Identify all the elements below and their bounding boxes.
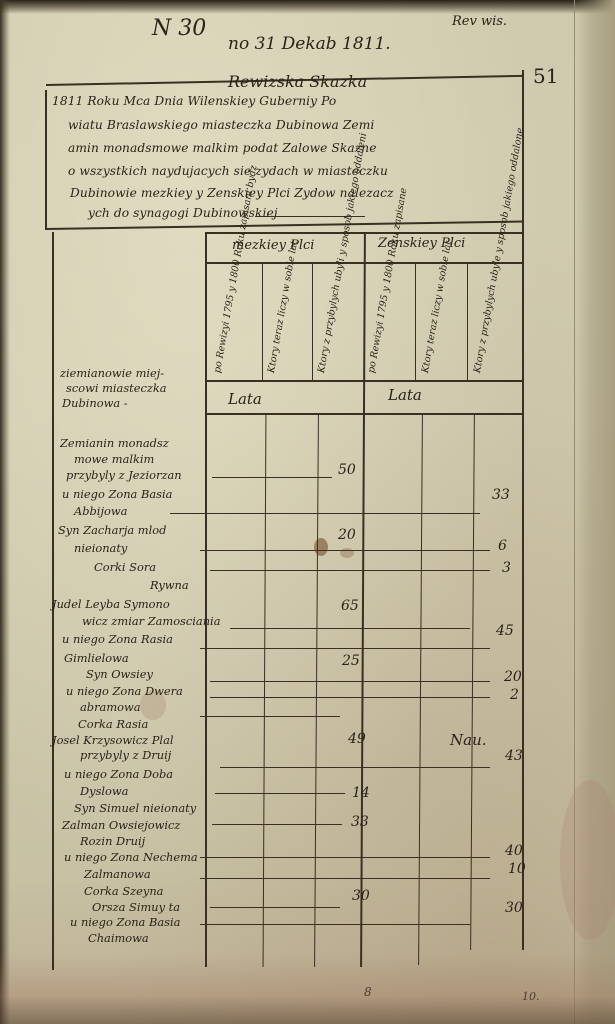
leader-dash — [210, 681, 490, 682]
entry-name: abramowa — [80, 700, 141, 714]
entry-name: wicz zmiar Zamosciania — [82, 614, 221, 628]
col-line — [418, 415, 423, 965]
leader-dash — [210, 907, 340, 908]
leader-dash — [212, 824, 342, 825]
leader-dash — [215, 793, 345, 794]
leader-dash — [170, 513, 480, 514]
leader-dash — [212, 477, 332, 478]
entry-name: nieionaty — [74, 541, 127, 555]
female-age: 6 — [498, 538, 507, 554]
entry-name: Syn Zacharja mlod — [58, 523, 166, 537]
left-header-line: scowi miasteczka — [66, 381, 167, 395]
intro-line: 1811 Roku Mca Dnia Wilenskiey Guberniy P… — [52, 94, 336, 108]
table-left-border — [45, 90, 47, 230]
leader-dash — [210, 570, 490, 571]
entry-name: Syn Owsiey — [86, 667, 153, 681]
leader-dash — [200, 648, 490, 649]
water-stain — [560, 780, 615, 940]
entry-name: u niego Zona Nechema — [64, 850, 198, 864]
page-number: 51 — [533, 64, 558, 88]
male-age: 20 — [338, 527, 356, 543]
col-line — [312, 264, 313, 380]
entry-name: Zalmanowa — [84, 867, 151, 881]
subheader-female-2: Ktory teraz liczy w sobie lat — [420, 240, 454, 374]
female-age: 43 — [505, 748, 523, 764]
document-number: N 30 — [152, 16, 206, 41]
female-age: 33 — [492, 487, 510, 503]
entry-name: Abbijowa — [74, 504, 127, 518]
leader-dash — [230, 628, 470, 629]
left-header-line: ziemianowie miej- — [60, 366, 164, 380]
intro-line: Dubinowie mezkiey y Zenskiey Plci Zydow … — [70, 186, 394, 200]
intro-line: o wszystkich naydujacych sie zydach w mi… — [68, 164, 388, 178]
intro-line: wiatu Braslawskiego miasteczka Dubinowa … — [68, 118, 374, 132]
male-age: 49 — [348, 731, 366, 747]
entry-name: Corka Szeyna — [84, 884, 163, 898]
entry-name: Josel Krzysowicz Plal — [52, 733, 174, 747]
leader-dash — [200, 924, 470, 925]
entry-name: Corki Sora — [94, 560, 156, 574]
footer-mark: 8 — [364, 985, 372, 999]
document-page: N 30 no 31 Dekab 1811. Rev wis. 51 Rewiz… — [0, 0, 615, 1024]
entry-name: Corka Rasia — [78, 717, 148, 731]
male-age: 65 — [341, 598, 359, 614]
subheader-female-1: po Rewizyi 1795 y 1800 Roku zapisane — [366, 187, 409, 374]
female-age: 2 — [510, 687, 519, 703]
leader-dash — [200, 878, 490, 879]
entry-name: Rozin Druij — [80, 834, 145, 848]
female-age: 45 — [496, 623, 514, 639]
entry-name: u niego Zona Dwera — [66, 684, 183, 698]
left-header-line: Dubinowa - — [62, 396, 128, 410]
col-line — [470, 415, 475, 950]
intro-line: amin monadsmowe malkim podat Zalowe Skaz… — [68, 141, 377, 155]
female-age: 20 — [504, 669, 522, 685]
lata-label-male: Lata — [228, 390, 262, 408]
col-line — [467, 264, 468, 380]
entry-name: mowe malkim — [74, 452, 154, 466]
female-age: 10 — [508, 861, 526, 877]
leader-dash — [200, 716, 340, 717]
col-line — [262, 264, 263, 380]
bottom-stain — [0, 954, 615, 1024]
document-date: no 31 Dekab 1811. — [228, 34, 391, 54]
male-age: 50 — [338, 462, 356, 478]
subheader-male-2: Ktory teraz liczy w sobie lat — [266, 240, 300, 374]
table-right-border — [522, 70, 524, 950]
female-age: 3 — [502, 560, 511, 576]
entry-name: Chaimowa — [88, 931, 149, 945]
leader-dash — [220, 767, 490, 768]
leader-dash — [200, 550, 490, 551]
entry-name: Syn Simuel nieionaty — [74, 801, 196, 815]
entry-name: Rywna — [150, 578, 189, 592]
entry-name: u niego Zona Basia — [70, 915, 180, 929]
entry-name: Judel Leyba Symono — [52, 597, 170, 611]
binding-edge — [0, 0, 10, 1024]
entry-name: Gimlielowa — [64, 651, 129, 665]
female-age: 40 — [505, 843, 523, 859]
leader-dash — [210, 697, 490, 698]
entry-name: przybyly z Druij — [80, 748, 171, 762]
leader-dash — [200, 857, 490, 858]
col-line — [263, 415, 267, 967]
col-line — [314, 415, 319, 967]
footer-mark: 10. — [522, 990, 540, 1003]
entry-name: u niego Zona Rasia — [62, 632, 173, 646]
lata-label-female: Lata — [388, 386, 422, 404]
scan-top-shadow — [0, 0, 615, 14]
entry-name: Orsza Simuy ta — [92, 900, 180, 914]
male-age: 30 — [352, 888, 370, 904]
corner-note: Rev wis. — [452, 14, 507, 29]
male-age: 25 — [342, 653, 360, 669]
document-title: Rewizska Skazka — [228, 72, 367, 91]
entry-name: przybyly z Jeziorzan — [66, 468, 182, 482]
male-age: 33 — [351, 814, 369, 830]
entry-name: Zalman Owsiejowicz — [62, 818, 180, 832]
entry-note: Nau. — [450, 731, 487, 749]
col-line — [415, 264, 416, 380]
entry-name: u niego Zona Basia — [62, 487, 172, 501]
entry-name: Zemianin monadsz — [60, 436, 169, 450]
subheader-female-3: Ktory z przybylych ubyle y sposob jakieg… — [472, 127, 526, 374]
entry-name: u niego Zona Doba — [64, 767, 173, 781]
female-age: 30 — [505, 900, 523, 916]
male-age: 14 — [352, 785, 370, 801]
entry-name: Dyslowa — [80, 784, 128, 798]
intro-bottom-border — [46, 220, 524, 229]
